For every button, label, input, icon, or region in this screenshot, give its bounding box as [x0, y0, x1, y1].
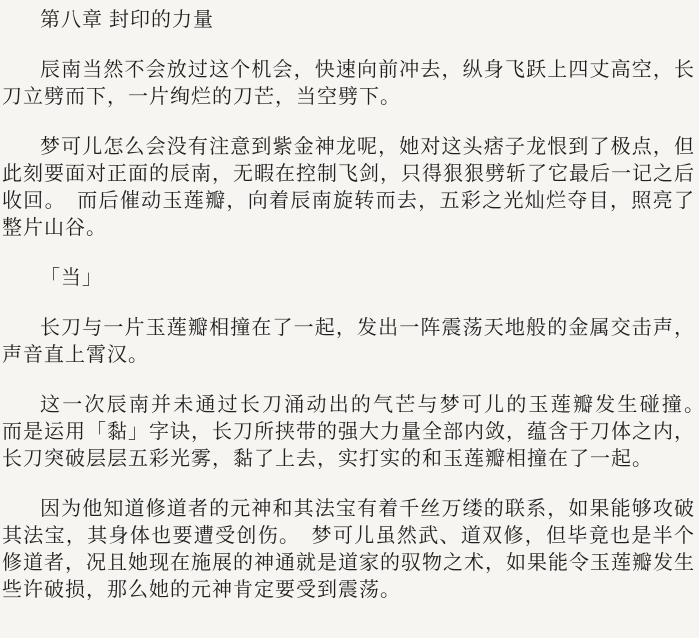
- paragraph: 这一次辰南并未通过长刀涌动出的气芒与梦可儿的玉莲瓣发生碰撞。 而是运用「黏」字诀…: [2, 392, 695, 473]
- novel-text-page: 第八章 封印的力量 辰南当然不会放过这个机会，快速向前冲去，纵身飞跃上四丈高空，…: [0, 0, 699, 638]
- paragraph: 因为他知道修道者的元神和其法宝有着千丝万缕的联系，如果能够攻破其法宝，其身体也要…: [2, 496, 695, 604]
- paragraph: 长刀与一片玉莲瓣相撞在了一起，发出一阵震荡天地般的金属交击声，声音直上霄汉。: [2, 315, 695, 369]
- paragraph: 梦可儿怎么会没有注意到紫金神龙呢，她对这头痞子龙恨到了极点，但此刻要面对正面的辰…: [2, 134, 695, 242]
- chapter-title: 第八章 封印的力量: [2, 7, 695, 34]
- paragraph: 辰南当然不会放过这个机会，快速向前冲去，纵身飞跃上四丈高空，长刀立劈而下，一片绚…: [2, 57, 695, 111]
- paragraph-sound-effect: 「当」: [2, 265, 695, 292]
